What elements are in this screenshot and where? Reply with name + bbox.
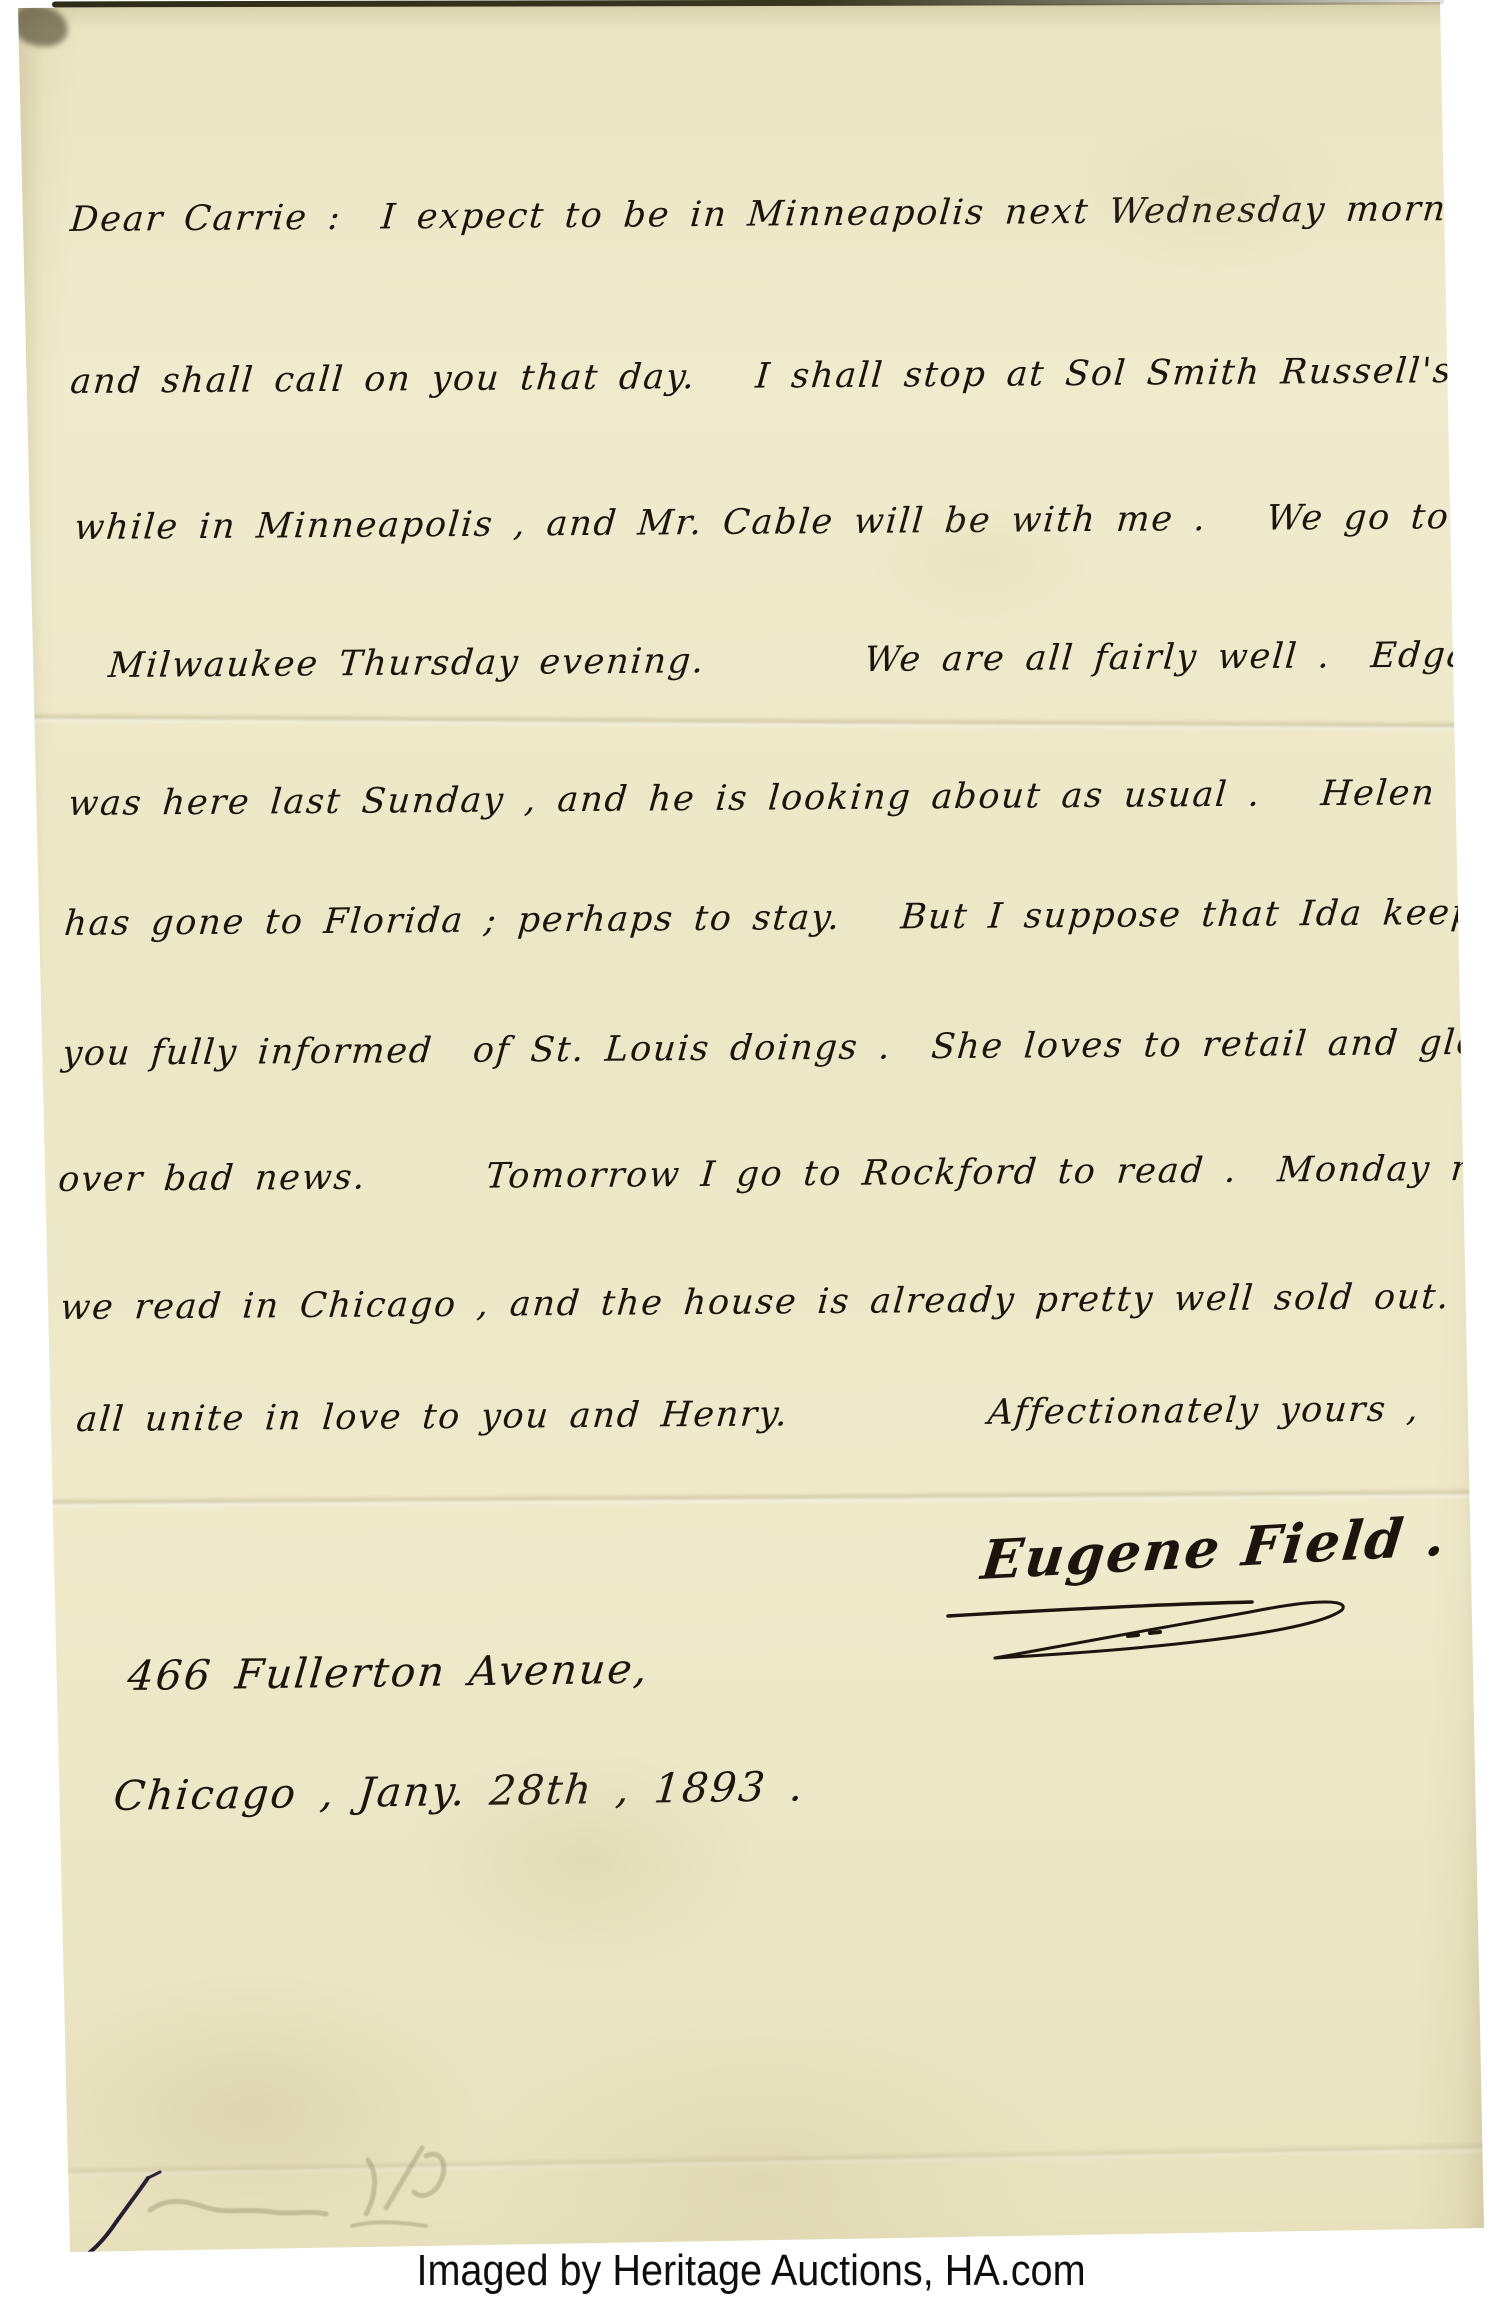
fold-crease xyxy=(0,2142,1502,2180)
letter-line-3: while in Minneapolis , and Mr. Cable wil… xyxy=(73,497,1452,548)
date-line: Chicago , Jany. 28th , 1893 . xyxy=(112,1762,807,1820)
letter-line-8: over bad news. Tomorrow I go to Rockford… xyxy=(57,1148,1502,1200)
letter-line-7: you fully informed of St. Louis doings .… xyxy=(61,1023,1502,1074)
letter-line-4: Milwaukee Thursday evening. We are all f… xyxy=(107,635,1490,686)
signature-flourish xyxy=(890,1570,1390,1690)
letter-line-9: we read in Chicago , and the house is al… xyxy=(59,1276,1502,1328)
letter-line-10: all unite in love to you and Henry. Affe… xyxy=(75,1389,1422,1440)
fold-crease xyxy=(0,1488,1502,1510)
auction-credit: Imaged by Heritage Auctions, HA.com xyxy=(75,2246,1427,2296)
corner-smudge xyxy=(11,2,71,50)
letter-paper: Dear Carrie : I expect to be in Minneapo… xyxy=(0,0,1502,2304)
address-line: 466 Fullerton Avenue, xyxy=(126,1645,651,1700)
letter-line-2: and shall call on you that day. I shall … xyxy=(69,351,1454,402)
letter-line-1: Dear Carrie : I expect to be in Minneapo… xyxy=(69,189,1502,240)
letter-line-6: has gone to Florida ; perhaps to stay. B… xyxy=(63,893,1497,944)
pencil-marks xyxy=(130,2130,470,2260)
fold-crease xyxy=(0,712,1502,733)
signature: Eugene Field . xyxy=(978,1504,1450,1592)
letter-line-5: was here last Sunday , and he is looking… xyxy=(67,773,1437,824)
letter-scan: Dear Carrie : I expect to be in Minneapo… xyxy=(0,0,1502,2304)
